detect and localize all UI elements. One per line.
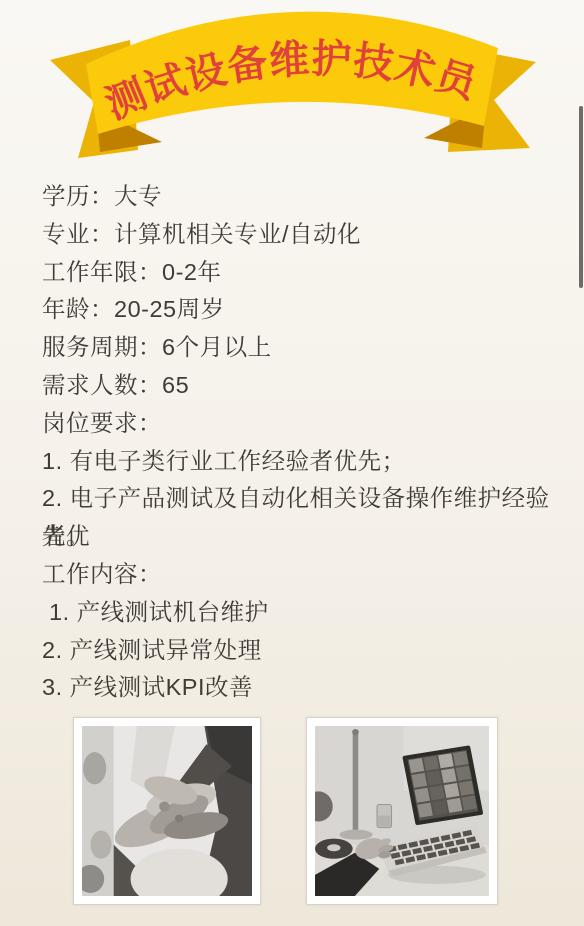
photo-frame-right bbox=[306, 717, 498, 905]
detail-line-req-2: 2. 电子产品测试及自动化相关设备操作维护经验者优 bbox=[42, 480, 554, 518]
photo-laptop-screen bbox=[402, 745, 483, 825]
detail-line-headcount: 需求人数：65 bbox=[42, 367, 554, 405]
detail-line-service: 服务周期：6个月以上 bbox=[42, 329, 554, 367]
detail-line-req-2-wrap: 先。 bbox=[42, 518, 554, 556]
detail-line-duty-2: 2. 产线测试异常处理 bbox=[42, 632, 554, 670]
detail-line-age: 年龄：20-25周岁 bbox=[42, 291, 554, 329]
detail-line-experience: 工作年限：0-2年 bbox=[42, 254, 554, 292]
detail-line-duty-3: 3. 产线测试KPI改善 bbox=[42, 669, 554, 707]
detail-line-req-header: 岗位要求： bbox=[42, 405, 554, 443]
detail-line-duty-1: 1. 产线测试机台维护 bbox=[42, 594, 554, 632]
title-ribbon: 测试设备维护技术员 bbox=[30, 0, 554, 168]
detail-line-duty-header: 工作内容： bbox=[42, 556, 554, 594]
photo-glass bbox=[377, 804, 391, 827]
detail-line-req-1: 1. 有电子类行业工作经验者优先； bbox=[42, 443, 554, 481]
hands-stack-photo bbox=[82, 726, 252, 896]
laptop-typing-photo bbox=[315, 726, 489, 896]
photo-frame-left bbox=[73, 717, 261, 905]
job-details: 学历：大专 专业：计算机相关专业/自动化 工作年限：0-2年 年龄：20-25周… bbox=[42, 178, 554, 707]
page-background: 测试设备维护技术员 学历：大专 专业：计算机相关专业/自动化 工作年限：0-2年… bbox=[0, 0, 584, 926]
scrollbar[interactable] bbox=[579, 106, 583, 288]
photo-ring-object bbox=[315, 839, 353, 859]
detail-line-major: 专业：计算机相关专业/自动化 bbox=[42, 216, 554, 254]
detail-line-education: 学历：大专 bbox=[42, 178, 554, 216]
